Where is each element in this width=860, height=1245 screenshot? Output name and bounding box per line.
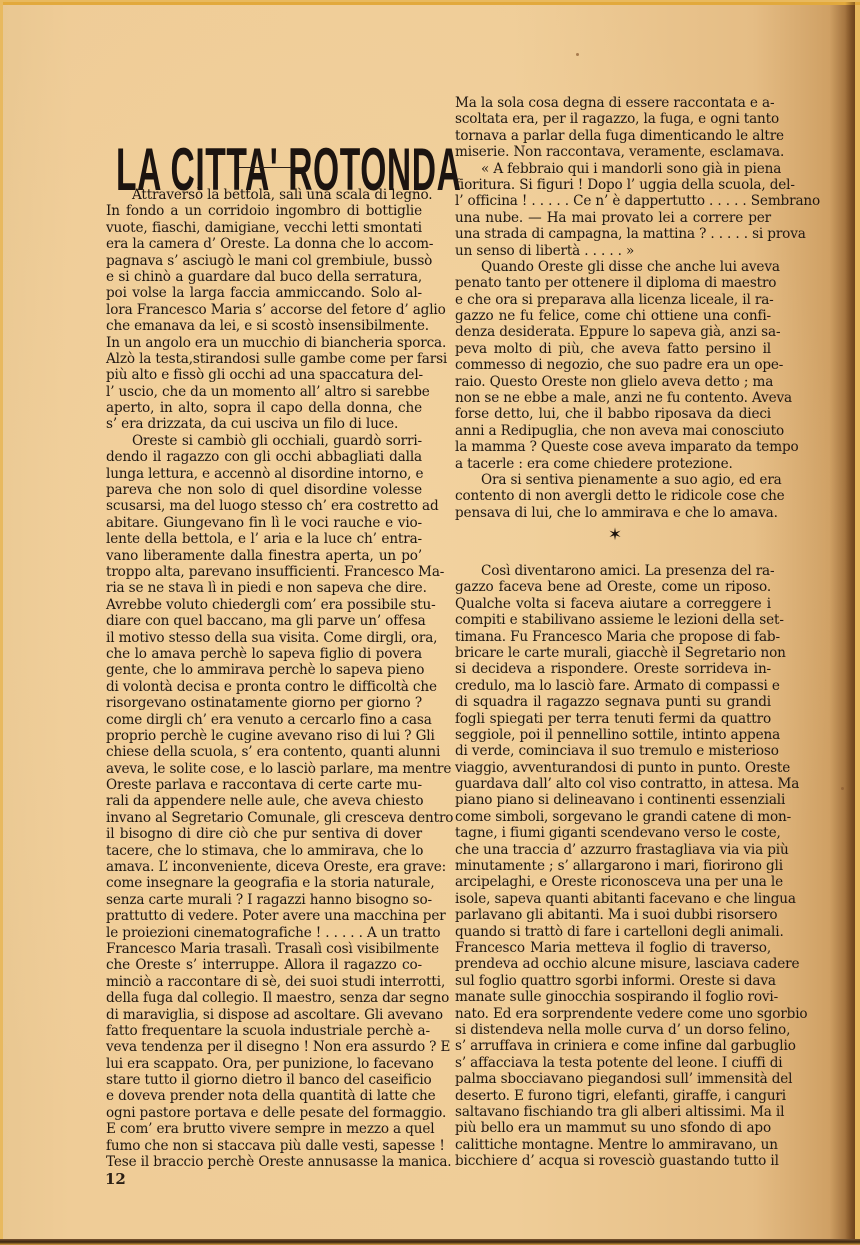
text-line: si distendeva nella molle curva d’ un do… [455, 1022, 771, 1038]
text-line: lui era scappato. Ora, per punizione, lo… [106, 1056, 422, 1072]
text-line: di volontà decisa e pronta contro le dif… [106, 679, 422, 695]
text-line: dendo il ragazzo con gli occhi abbagliat… [106, 449, 422, 465]
text-line: Ma la sola cosa degna di essere racconta… [455, 95, 771, 111]
text-line: Tese il braccio perchè Oreste annusasse … [106, 1154, 422, 1170]
text-line: In fondo a un corridoio ingombro di bott… [106, 203, 422, 219]
text-line: fioritura. Si figuri ! Dopo l’ uggia del… [455, 177, 771, 193]
text-line: ogni pastore portava e delle pesate del … [106, 1105, 422, 1121]
text-line: lora Francesco Maria s’ accorse del feto… [106, 302, 422, 318]
text-line: s’ era drizzata, da cui usciva un filo d… [106, 416, 422, 432]
text-line: vuote, fiaschi, damigiane, vecchi letti … [106, 220, 422, 236]
text-line: gazzo ne fu felice, come chi ottiene una… [455, 308, 771, 324]
text-line: invano al Segretario Comunale, gli cresc… [106, 810, 422, 826]
text-line: s’ arruffava in criniera e come infine d… [455, 1038, 771, 1054]
text-line: e si chinò a guardare dal buco della ser… [106, 269, 422, 285]
text-line: E com’ era brutto vivere sempre in mezzo… [106, 1121, 422, 1137]
text-line: pareva che non solo di quel disordine vo… [106, 482, 422, 498]
text-line: compiti e stabilivano assieme le lezioni… [455, 612, 771, 628]
text-line: viaggio, avventurandosi di punto in punt… [455, 760, 771, 776]
text-line: pagnava s’ asciugò le mani col grembiule… [106, 253, 422, 269]
text-line: lente della bettola, e l’ aria e la luce… [106, 531, 422, 547]
page-number: 12 [105, 1170, 126, 1188]
text-line: gazzo faceva bene ad Oreste, come un rip… [455, 579, 771, 595]
text-line: calittiche montagne. Mentre lo ammiravan… [455, 1137, 771, 1153]
section-star-icon: ✶ [605, 525, 625, 545]
right-column-top: Ma la sola cosa degna di essere racconta… [455, 95, 771, 521]
magazine-page: LA CITTA' ROTONDA Attraversò la bettola,… [3, 2, 855, 1240]
text-line: come dirgli ch’ era venuto a cercarlo fi… [106, 712, 422, 728]
text-line: come simboli, sorgevano le grandi catene… [455, 809, 771, 825]
text-line: della fuga dal collegio. Il maestro, sen… [106, 990, 422, 1006]
text-line: bicchiere d’ acqua si rovesciò guastando… [455, 1153, 771, 1169]
text-line: quando si trattò di fare i cartelloni de… [455, 924, 771, 940]
text-line: peva molto di più, che aveva fatto persi… [455, 341, 771, 357]
text-line: non se ne ebbe a male, anzi ne fu conten… [455, 390, 771, 406]
text-line: più alto e fissò gli occhi ad una spacca… [106, 367, 422, 383]
text-line: gente, che lo ammirava perchè lo sapeva … [106, 662, 422, 678]
text-line: di verde, cominciava il suo tremulo e mi… [455, 743, 771, 759]
text-line: guardava dall’ alto col viso contratto, … [455, 776, 771, 792]
text-line: anni a Redipuglia, che non aveva mai con… [455, 423, 771, 439]
text-line: isole, sapeva quanti abitanti facevano e… [455, 891, 771, 907]
text-line: minutamente ; s’ allargarono i mari, fio… [455, 858, 771, 874]
text-line: denza desiderata. Eppure lo sapeva già, … [455, 324, 771, 340]
text-line: troppo alta, parevano insufficienti. Fra… [106, 564, 422, 580]
text-line: le proiezioni cinematografiche ! . . . .… [106, 925, 422, 941]
text-line: una strada di campagna, la mattina ? . .… [455, 226, 771, 242]
text-line: ria se ne stava lì in piedi e non sapeva… [106, 580, 422, 596]
text-line: Alzò la testa,stirandosi sulle gambe com… [106, 351, 422, 367]
text-line: tacere, che lo stimava, che lo ammirava,… [106, 843, 422, 859]
text-line: prattutto di vedere. Poter avere una mac… [106, 908, 422, 924]
text-line: deserto. E furono tigri, elefanti, giraf… [455, 1088, 771, 1104]
text-line: aveva, le solite cose, e lo lasciò parla… [106, 761, 422, 777]
text-line: l’ officina ! . . . . . Ce n’ è dappertu… [455, 193, 771, 209]
text-line: era la camera d’ Oreste. La donna che lo… [106, 236, 422, 252]
text-line: il bisogno di dire ciò che pur sentiva d… [106, 826, 422, 842]
text-line: Attraversò la bettola, salì una scala di… [106, 187, 422, 203]
text-line: sul foglio quattro sgorbi informi. Orest… [455, 973, 771, 989]
text-line: contento di non avergli detto le ridicol… [455, 488, 771, 504]
page-bottom-edge [0, 1239, 860, 1245]
text-line: che Oreste s’ interruppe. Allora il raga… [106, 957, 422, 973]
text-line: palma sbocciavano piegandosi sull’ immen… [455, 1071, 771, 1087]
text-line: Francesco Maria trasalì. Trasalì così vi… [106, 941, 422, 957]
paper-speck [576, 53, 579, 56]
text-line: miserie. Non raccontava, veramente, escl… [455, 144, 771, 160]
text-line: amava. L’ inconveniente, diceva Oreste, … [106, 859, 422, 875]
text-line: fogli spiegati per terra tenuti fermi da… [455, 711, 771, 727]
title-divider [239, 167, 291, 168]
text-line: scoltata era, per il ragazzo, la fuga, e… [455, 111, 771, 127]
text-line: seggiole, poi il pennellino sottile, int… [455, 727, 771, 743]
text-line: lunga lettura, e accennò al disordine in… [106, 466, 422, 482]
text-line: manate sulle ginocchia sospirando il fog… [455, 989, 771, 1005]
text-line: risorgevano ostinatamente giorno per gio… [106, 695, 422, 711]
left-column: Attraversò la bettola, salì una scala di… [106, 187, 422, 1170]
text-line: poi volse la larga faccia ammiccando. So… [106, 285, 422, 301]
text-line: fumo che non si staccava più dalle vesti… [106, 1138, 422, 1154]
text-line: chiese della scuola, s’ era contento, qu… [106, 744, 422, 760]
text-line: bricare le carte murali, giacchè il Segr… [455, 645, 771, 661]
text-line: minciò a raccontare di sè, dei suoi stud… [106, 974, 422, 990]
text-line: diare con quel baccano, ma gli parve un’… [106, 613, 422, 629]
text-line: forse detto, lui, che il babbo riposava … [455, 406, 771, 422]
text-line: s’ affacciava la testa potente del leone… [455, 1055, 771, 1071]
right-column-bottom: Così diventarono amici. La presenza del … [455, 563, 771, 1169]
text-line: vano liberamente dalla finestra aperta, … [106, 548, 422, 564]
text-line: penato tanto per ottenere il diploma di … [455, 275, 771, 291]
text-line: si decideva a rispondere. Oreste sorride… [455, 661, 771, 677]
text-line: che una traccia d’ azzurro frastagliava … [455, 842, 771, 858]
text-line: credulo, ma lo lasciò fare. Armato di co… [455, 678, 771, 694]
text-line: fatto frequentare la scuola industriale … [106, 1023, 422, 1039]
text-line: proprio perchè le cugine avevano riso di… [106, 728, 422, 744]
text-line: Oreste si cambiò gli occhiali, guardò so… [106, 433, 422, 449]
text-line: senza carte murali ? I ragazzi hanno bis… [106, 892, 422, 908]
page-top-edge [3, 2, 860, 5]
text-line: l’ uscio, che da un momento all’ altro s… [106, 384, 422, 400]
text-line: piano piano si delineavano i continenti … [455, 792, 771, 808]
text-line: In un angolo era un mucchio di biancheri… [106, 335, 422, 351]
text-line: parlavano gli abitanti. Ma i suoi dubbi … [455, 907, 771, 923]
text-line: timana. Fu Francesco Maria che propose d… [455, 629, 771, 645]
text-line: commesso di negozio, che suo padre era u… [455, 357, 771, 373]
paper-speck [841, 787, 844, 790]
text-line: abitare. Giungevano fin lì le voci rauch… [106, 515, 422, 531]
text-line: Francesco Maria metteva il foglio di tra… [455, 940, 771, 956]
text-line: Oreste parlava e raccontava di certe car… [106, 777, 422, 793]
text-line: « A febbraio qui i mandorli sono già in … [455, 161, 771, 177]
text-line: più bello era un mammut su uno sfondo di… [455, 1120, 771, 1136]
text-line: Così diventarono amici. La presenza del … [455, 563, 771, 579]
text-line: rali da appendere nelle aule, che aveva … [106, 793, 422, 809]
text-line: il motivo stesso della sua visita. Come … [106, 630, 422, 646]
text-line: che lo amava perchè lo sapeva figlio di … [106, 646, 422, 662]
text-line: tornava a parlar della fuga dimenticando… [455, 128, 771, 144]
text-line: arcipelaghi, e Oreste riconosceva una pe… [455, 874, 771, 890]
text-line: Avrebbe voluto chiedergli com’ era possi… [106, 597, 422, 613]
text-line: e doveva prender nota della quantità di … [106, 1088, 422, 1104]
text-line: raio. Questo Oreste non glielo aveva det… [455, 374, 771, 390]
text-line: scusarsi, ma del luogo stesso ch’ era co… [106, 498, 422, 514]
text-line: di squadra il ragazzo segnava punti su g… [455, 694, 771, 710]
text-line: come insegnare la geografia e la storia … [106, 875, 422, 891]
text-line: Quando Oreste gli disse che anche lui av… [455, 259, 771, 275]
text-line: aperto, in alto, sopra il capo della don… [106, 400, 422, 416]
text-line: di maraviglia, si dispose ad ascoltare. … [106, 1007, 422, 1023]
text-line: Qualche volta si faceva aiutare a correg… [455, 596, 771, 612]
text-line: veva tendenza per il disegno ! Non era a… [106, 1039, 422, 1055]
text-line: prendeva ad occhio alcune misure, lascia… [455, 956, 771, 972]
text-line: stare tutto il giorno dietro il banco de… [106, 1072, 422, 1088]
text-line: saltavano fischiando tra gli alberi alti… [455, 1104, 771, 1120]
text-line: un senso di libertà . . . . . » [455, 243, 771, 259]
text-line: a tacerle : era come chiedere protezione… [455, 456, 771, 472]
text-line: che emanava da lei, e si scostò insensib… [106, 318, 422, 334]
text-line: la mamma ? Queste cose aveva imparato da… [455, 439, 771, 455]
text-line: una nube. — Ha mai provato lei a correre… [455, 210, 771, 226]
text-line: e che ora si preparava alla licenza lice… [455, 292, 771, 308]
text-line: tagne, i fiumi giganti scendevano verso … [455, 825, 771, 841]
text-line: nato. Ed era sorprendente vedere come un… [455, 1006, 771, 1022]
text-line: Ora si sentiva pienamente a suo agio, ed… [455, 472, 771, 488]
text-line: pensava di lui, che lo ammirava e che lo… [455, 505, 771, 521]
